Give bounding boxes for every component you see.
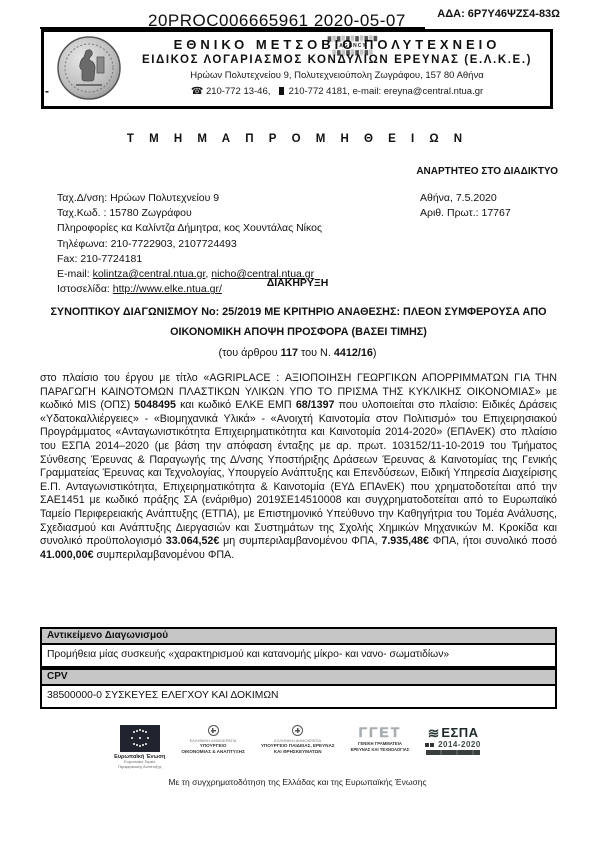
ministry-economy-logo: ΕΛΛΗΝΙΚΗ ΔΗΜΟΚΡΑΤΙΑ ΥΠΟΥΡΓΕΙΟ ΟΙΚΟΝΟΜΙΑΣ… [181, 725, 244, 754]
department-title: Τ Μ Η Μ Α Π Ρ Ο Μ Η Θ Ε Ι Ω Ν [0, 133, 595, 145]
espa-logo: ≋ ΕΣΠΑ 2014-2020 [425, 725, 481, 755]
org-fax: 210-772 4181, [289, 86, 350, 97]
city-date: Αθήνα, 7.5.2020 [420, 191, 511, 206]
ada-code: ΑΔΑ: 6Ρ7Υ46ΨΖΣ4-83Ω [437, 8, 560, 20]
funding-logos-row: Ευρωπαϊκή Ένωση Ευρωπαϊκό Ταμείο Περιφερ… [72, 725, 523, 770]
org-address: Ηρώων Πολυτεχνείου 9, Πολυτεχνειούπολη Ζ… [130, 70, 544, 81]
org-contact-line: ☎ 210-772 13-46, 210-772 4181, e-mail: e… [130, 86, 544, 97]
project-description-paragraph: στο πλαίσιο του έργου με τίτλο «AGRIPLAC… [40, 372, 557, 562]
meta-info-persons-line: Πληροφορίες κα Καλίντζα Δήμητρα, κος Χου… [57, 221, 322, 236]
meta-fax-line: Fax: 210-7724181 [57, 252, 322, 267]
table-cell-cpv: 38500000-0 ΣΥΣΚΕΥΕΣ ΕΛΕΓΧΟΥ ΚΑΙ ΔΟΚΙΜΩΝ [42, 686, 555, 707]
funding-footer: Ευρωπαϊκή Ένωση Ευρωπαϊκό Ταμείο Περιφερ… [72, 725, 523, 787]
table-header-cpv: CPV [42, 668, 555, 686]
law-article-reference: (του άρθρου 117 του Ν. 4412/16) [0, 347, 595, 359]
ministry-education-logo: ΕΛΛΗΝΙΚΗ ΔΗΜΟΚΡΑΤΙΑ ΥΠΟΥΡΓΕΙΟ ΠΑΙΔΕΙΑΣ, … [261, 725, 335, 754]
eu-logo: Ευρωπαϊκή Ένωση Ευρωπαϊκό Ταμείο Περιφερ… [114, 725, 165, 770]
meta-postcode-line: Ταχ.Κωδ. : 15780 Ζωγράφου [57, 206, 322, 221]
digital-signature-stamp: ▓▒▓▒▓▒▓▒▓▒▓ AGENCY ▒▓▒▓▒▓▒▓▒ [294, 35, 412, 57]
espa-bottom-bar [426, 750, 480, 755]
tender-summary-table: Αντικείμενο Διαγωνισμού Προμήθεια μίας σ… [40, 627, 557, 709]
table-cell-subject: Προμήθεια μίας συσκευής «χαρακτηρισμού κ… [42, 645, 555, 668]
letterhead-box: ΕΘΝΙΚΟ ΜΕΤΣΟΒΙΟ ΠΟΛΥΤΕΧΝΕΙΟ ΕΙΔΙΚΟΣ ΛΟΓΑ… [41, 29, 553, 109]
table-header-subject: Αντικείμενο Διαγωνισμού [42, 629, 555, 645]
date-protocol-block: Αθήνα, 7.5.2020 Αριθ. Πρωτ.: 17767 [420, 191, 511, 221]
notice-title-line1: ΣΥΝΟΠΤΙΚΟΥ ΔΙΑΓΩΝΙΣΜΟΥ Νο: 25/2019 ΜΕ ΚΡ… [40, 302, 557, 322]
margin-dash: - [45, 84, 49, 98]
org-email: ereyna@central.ntua.gr [384, 86, 483, 97]
protocol-number: Αριθ. Πρωτ.: 17767 [420, 206, 511, 221]
cofunding-statement: Με τη συγχρηματοδότηση της Ελλάδας και τ… [72, 777, 523, 787]
gget-logo: ΓΓΕΤ ΓΕΝΙΚΗ ΓΡΑΜΜΑΤΕΙΑ ΕΡΕΥΝΑΣ ΚΑΙ ΤΕΧΝΟ… [351, 725, 410, 752]
notice-title-line2: ΟΙΚΟΝΟΜΙΚΗ ΑΠΟΨΗ ΠΡΟΣΦΟΡΑ (ΒΑΣΕΙ ΤΙΜΗΣ) [40, 322, 557, 342]
org-email-label: e-mail: [353, 86, 384, 97]
meta-phones-line: Τηλέφωνα: 210-7722903, 2107724493 [57, 237, 322, 252]
ntua-seal-image [56, 35, 122, 101]
fax-icon [279, 87, 284, 95]
org-phone: 210-772 13-46, [206, 86, 270, 97]
greek-emblem-icon [292, 725, 303, 736]
document-page: 20PROC006665961 2020-05-07 ΑΔΑ: 6Ρ7Υ46ΨΖ… [0, 0, 595, 842]
phone-icon: ☎ [191, 86, 203, 97]
eu-flag-icon [120, 725, 160, 752]
greek-emblem-icon [208, 725, 219, 736]
notice-title: ΣΥΝΟΠΤΙΚΟΥ ΔΙΑΓΩΝΙΣΜΟΥ Νο: 25/2019 ΜΕ ΚΡ… [40, 302, 557, 342]
espa-wave-icon: ≋ [428, 726, 440, 740]
notice-heading: ΔΙΑΚΗΡΥΞΗ [0, 277, 595, 289]
internet-posting-note: ΑΝΑΡΤΗΤΕΟ ΣΤΟ ΔΙΑΔΙΚΤΥΟ [416, 166, 558, 177]
meta-address-line: Ταχ.Δ/νση: Ηρώων Πολυτεχνείου 9 [57, 191, 322, 206]
